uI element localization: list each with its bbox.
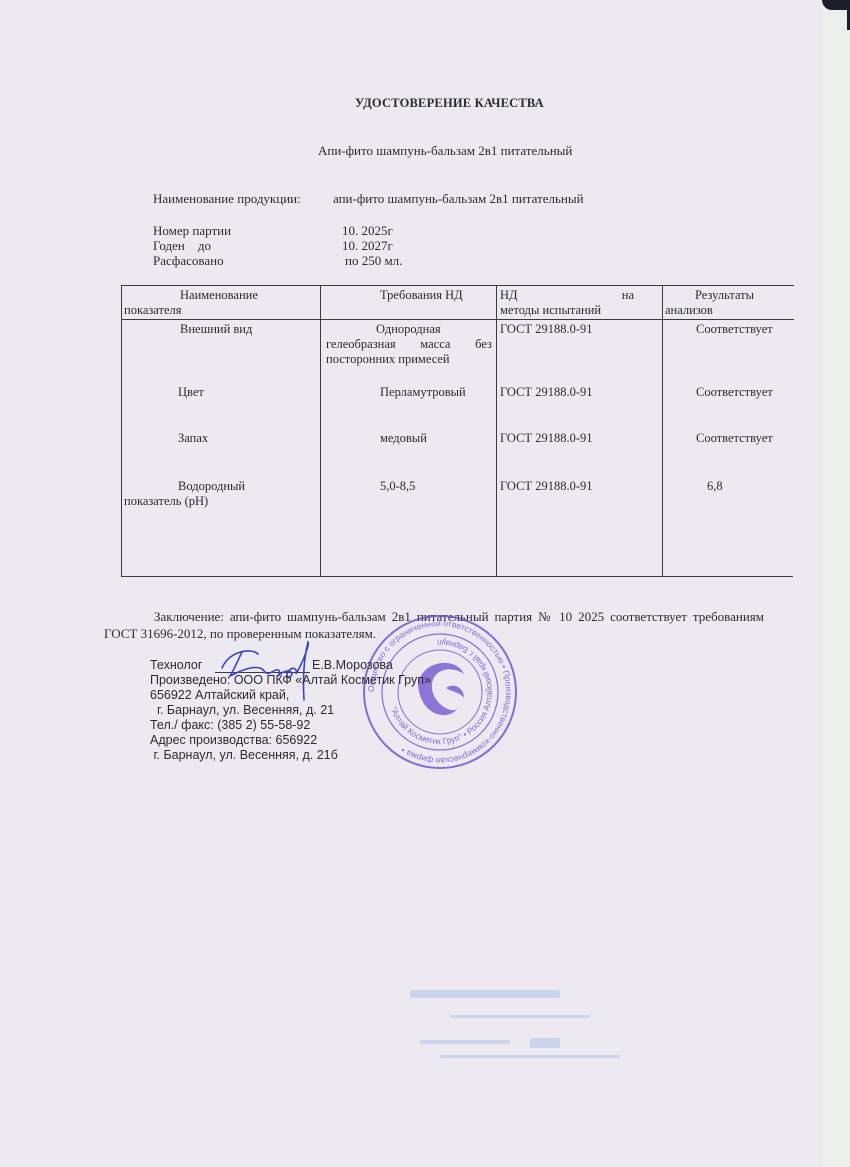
row-indicator: Запах [178,431,208,446]
technologist-label: Технолог [150,658,202,672]
batch-value: 10. 2025г [342,223,393,239]
product-value: апи-фито шампунь-бальзам 2в1 питательный [333,191,584,207]
row-indicator-line2: показатель (pH) [124,494,208,509]
row-result: Соответствует [696,431,773,446]
row-indicator: Внешний вид [180,322,252,337]
scanner-corner [822,0,850,10]
row-method: ГОСТ 29188.0-91 [500,479,592,494]
header-results-line1: Результаты [695,288,754,303]
stamp-inner-text: "Алтай Косметик Груп" • Россия Алтайский… [389,638,494,746]
row-indicator: Цвет [178,385,204,400]
expiry-label: Годен до [153,238,211,254]
document-page: УДОСТОВЕРЕНИЕ КАЧЕСТВА Апи-фито шампунь-… [0,0,822,1167]
row-result: 6,8 [707,479,723,494]
bleed-through-marks [380,960,660,1070]
header-method-line1: НД на [500,288,634,303]
production-address-line2: г. Барнаул, ул. Весенняя, д. 21б [150,748,338,762]
row-requirement: Перламутровый [380,385,466,400]
header-indicator-line2: показателя [124,303,182,318]
svg-text:"Алтай Косметик Груп" • Россия: "Алтай Косметик Груп" • Россия Алтайский… [389,638,494,746]
document-subtitle: Апи-фито шампунь-бальзам 2в1 питательный [318,143,572,159]
row-requirement: медовый [380,431,427,446]
row-method: ГОСТ 29188.0-91 [500,322,592,337]
header-method-line2: методы испытаний [500,303,601,318]
row-indicator-line1: Водородный [178,479,245,494]
scanner-edge [822,0,850,1167]
phone: Тел./ факс: (385 2) 55-58-92 [150,718,310,732]
expiry-value: 10. 2027г [342,238,393,254]
header-results-line2: анализов [665,303,713,318]
row-result: Соответствует [696,322,773,337]
packed-value: по 250 мл. [345,253,402,269]
batch-label: Номер партии [153,223,231,239]
row-method: ГОСТ 29188.0-91 [500,431,592,446]
row-result: Соответствует [696,385,773,400]
address-line1: 656922 Алтайский край, [150,688,289,702]
row-requirement: 5,0-8,5 [380,479,415,494]
technologist-name: Е.В.Морозова [312,658,393,672]
production-address-line1: Адрес производства: 656922 [150,733,317,747]
row-method: ГОСТ 29188.0-91 [500,385,592,400]
document-title: УДОСТОВЕРЕНИЕ КАЧЕСТВА [355,96,544,111]
row-requirement: Однородная гелеобразная масса без постор… [326,322,492,367]
produced-by: Произведено: ООО ПКФ «Алтай Косметик Гру… [150,673,431,687]
product-label: Наименование продукции: [153,191,301,207]
packed-label: Расфасовано [153,253,224,269]
header-requirements: Требования НД [380,288,463,303]
header-indicator-line1: Наименование [180,288,258,303]
company-stamp: Общество с ограниченной ответственностью… [360,612,520,772]
address-line2: г. Барнаул, ул. Весенняя, д. 21 [150,703,334,717]
